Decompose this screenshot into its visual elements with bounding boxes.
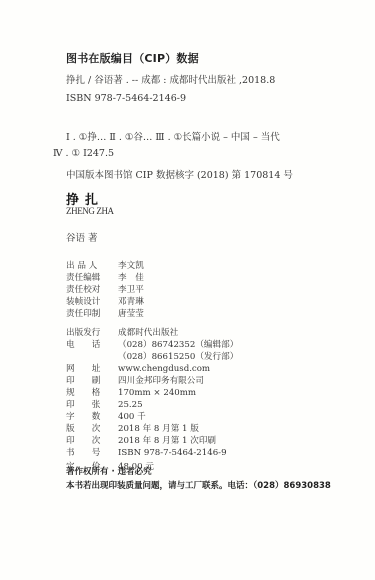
pub-row: 版 次2018 年 8 月第 1 版 bbox=[66, 423, 238, 435]
credit-value: 李文凯 bbox=[118, 260, 144, 272]
cip-bibliographic-line: 挣扎 / 谷语著 . -- 成都 : 成都时代出版社 ,2018.8 bbox=[66, 72, 275, 86]
book-pinyin: ZHENG ZHA bbox=[66, 206, 114, 216]
publication-list: 出版发行成都时代出版社 电 话（028）86742352（编辑部） （028）8… bbox=[66, 327, 238, 473]
pub-row: 网 址www.chengdusd.com bbox=[66, 363, 238, 375]
credit-value: 李卫平 bbox=[118, 284, 144, 296]
credit-value: 李 佳 bbox=[118, 272, 144, 284]
credit-value: 邓青琳 bbox=[118, 296, 144, 308]
quality-notice: 本书若出现印装质量问题，请与工厂联系。电话：（028）86930838 bbox=[66, 479, 331, 491]
pub-value: 400 千 bbox=[118, 411, 146, 423]
cip-classification-line-1: Ⅰ . ①挣… Ⅱ . ①谷… Ⅲ . ①长篇小说 – 中国 – 当代 bbox=[66, 129, 280, 143]
pub-key: 网 址 bbox=[66, 363, 118, 375]
pub-row: 字 数400 千 bbox=[66, 411, 238, 423]
pub-row: 出版发行成都时代出版社 bbox=[66, 327, 238, 339]
credit-key: 责任印制 bbox=[66, 308, 118, 320]
credit-key: 责任校对 bbox=[66, 284, 118, 296]
pub-value: ISBN 978-7-5464-2146-9 bbox=[118, 447, 227, 459]
credit-key: 出 品 人 bbox=[66, 260, 118, 272]
credit-key: 责任编辑 bbox=[66, 272, 118, 284]
credit-key: 装帧设计 bbox=[66, 296, 118, 308]
pub-value: （028）86742352（编辑部） bbox=[118, 339, 238, 351]
pub-value: 2018 年 8 月第 1 版 bbox=[118, 423, 199, 435]
credit-row: 责任印制唐莹莹 bbox=[66, 308, 144, 320]
pub-row: 书 号ISBN 978-7-5464-2146-9 bbox=[66, 447, 238, 459]
pub-key: 印 次 bbox=[66, 435, 118, 447]
pub-value: 25.25 bbox=[118, 399, 143, 411]
pub-value: 170mm × 240mm bbox=[118, 387, 196, 399]
pub-row: 印 次2018 年 8 月第 1 次印刷 bbox=[66, 435, 238, 447]
pub-key: 印 张 bbox=[66, 399, 118, 411]
pub-key: 出版发行 bbox=[66, 327, 118, 339]
pub-value: （028）86615250（发行部） bbox=[118, 351, 238, 363]
pub-row: 印 刷四川金邦印务有限公司 bbox=[66, 375, 238, 387]
cip-data-number: 中国版本图书馆 CIP 数据核字 (2018) 第 170814 号 bbox=[66, 167, 293, 181]
pub-row: （028）86615250（发行部） bbox=[66, 351, 238, 363]
book-author: 谷语 著 bbox=[66, 230, 98, 244]
credit-row: 责任编辑李 佳 bbox=[66, 272, 144, 284]
pub-row: 印 张25.25 bbox=[66, 399, 238, 411]
copyright-notice: 著作权所有 · 违者必究 bbox=[66, 465, 152, 477]
pub-value: 四川金邦印务有限公司 bbox=[118, 375, 204, 387]
pub-key: 印 刷 bbox=[66, 375, 118, 387]
pub-value-website: www.chengdusd.com bbox=[118, 363, 210, 375]
pub-key: 规 格 bbox=[66, 387, 118, 399]
cip-isbn: ISBN 978-7-5464-2146-9 bbox=[66, 93, 186, 104]
cip-classification-line-2: Ⅳ . ① I247.5 bbox=[53, 148, 114, 159]
pub-value: 2018 年 8 月第 1 次印刷 bbox=[118, 435, 216, 447]
pub-key: 字 数 bbox=[66, 411, 118, 423]
pub-row: 电 话（028）86742352（编辑部） bbox=[66, 339, 238, 351]
pub-key: 版 次 bbox=[66, 423, 118, 435]
credits-list: 出 品 人李文凯 责任编辑李 佳 责任校对李卫平 装帧设计邓青琳 责任印制唐莹莹 bbox=[66, 260, 144, 320]
pub-value: 成都时代出版社 bbox=[118, 327, 178, 339]
pub-row: 规 格170mm × 240mm bbox=[66, 387, 238, 399]
pub-key: 电 话 bbox=[66, 339, 118, 351]
credit-row: 装帧设计邓青琳 bbox=[66, 296, 144, 308]
credit-row: 出 品 人李文凯 bbox=[66, 260, 144, 272]
credit-row: 责任校对李卫平 bbox=[66, 284, 144, 296]
pub-key: 书 号 bbox=[66, 447, 118, 459]
credit-value: 唐莹莹 bbox=[118, 308, 144, 320]
cip-title: 图书在版编目（CIP）数据 bbox=[66, 50, 199, 66]
